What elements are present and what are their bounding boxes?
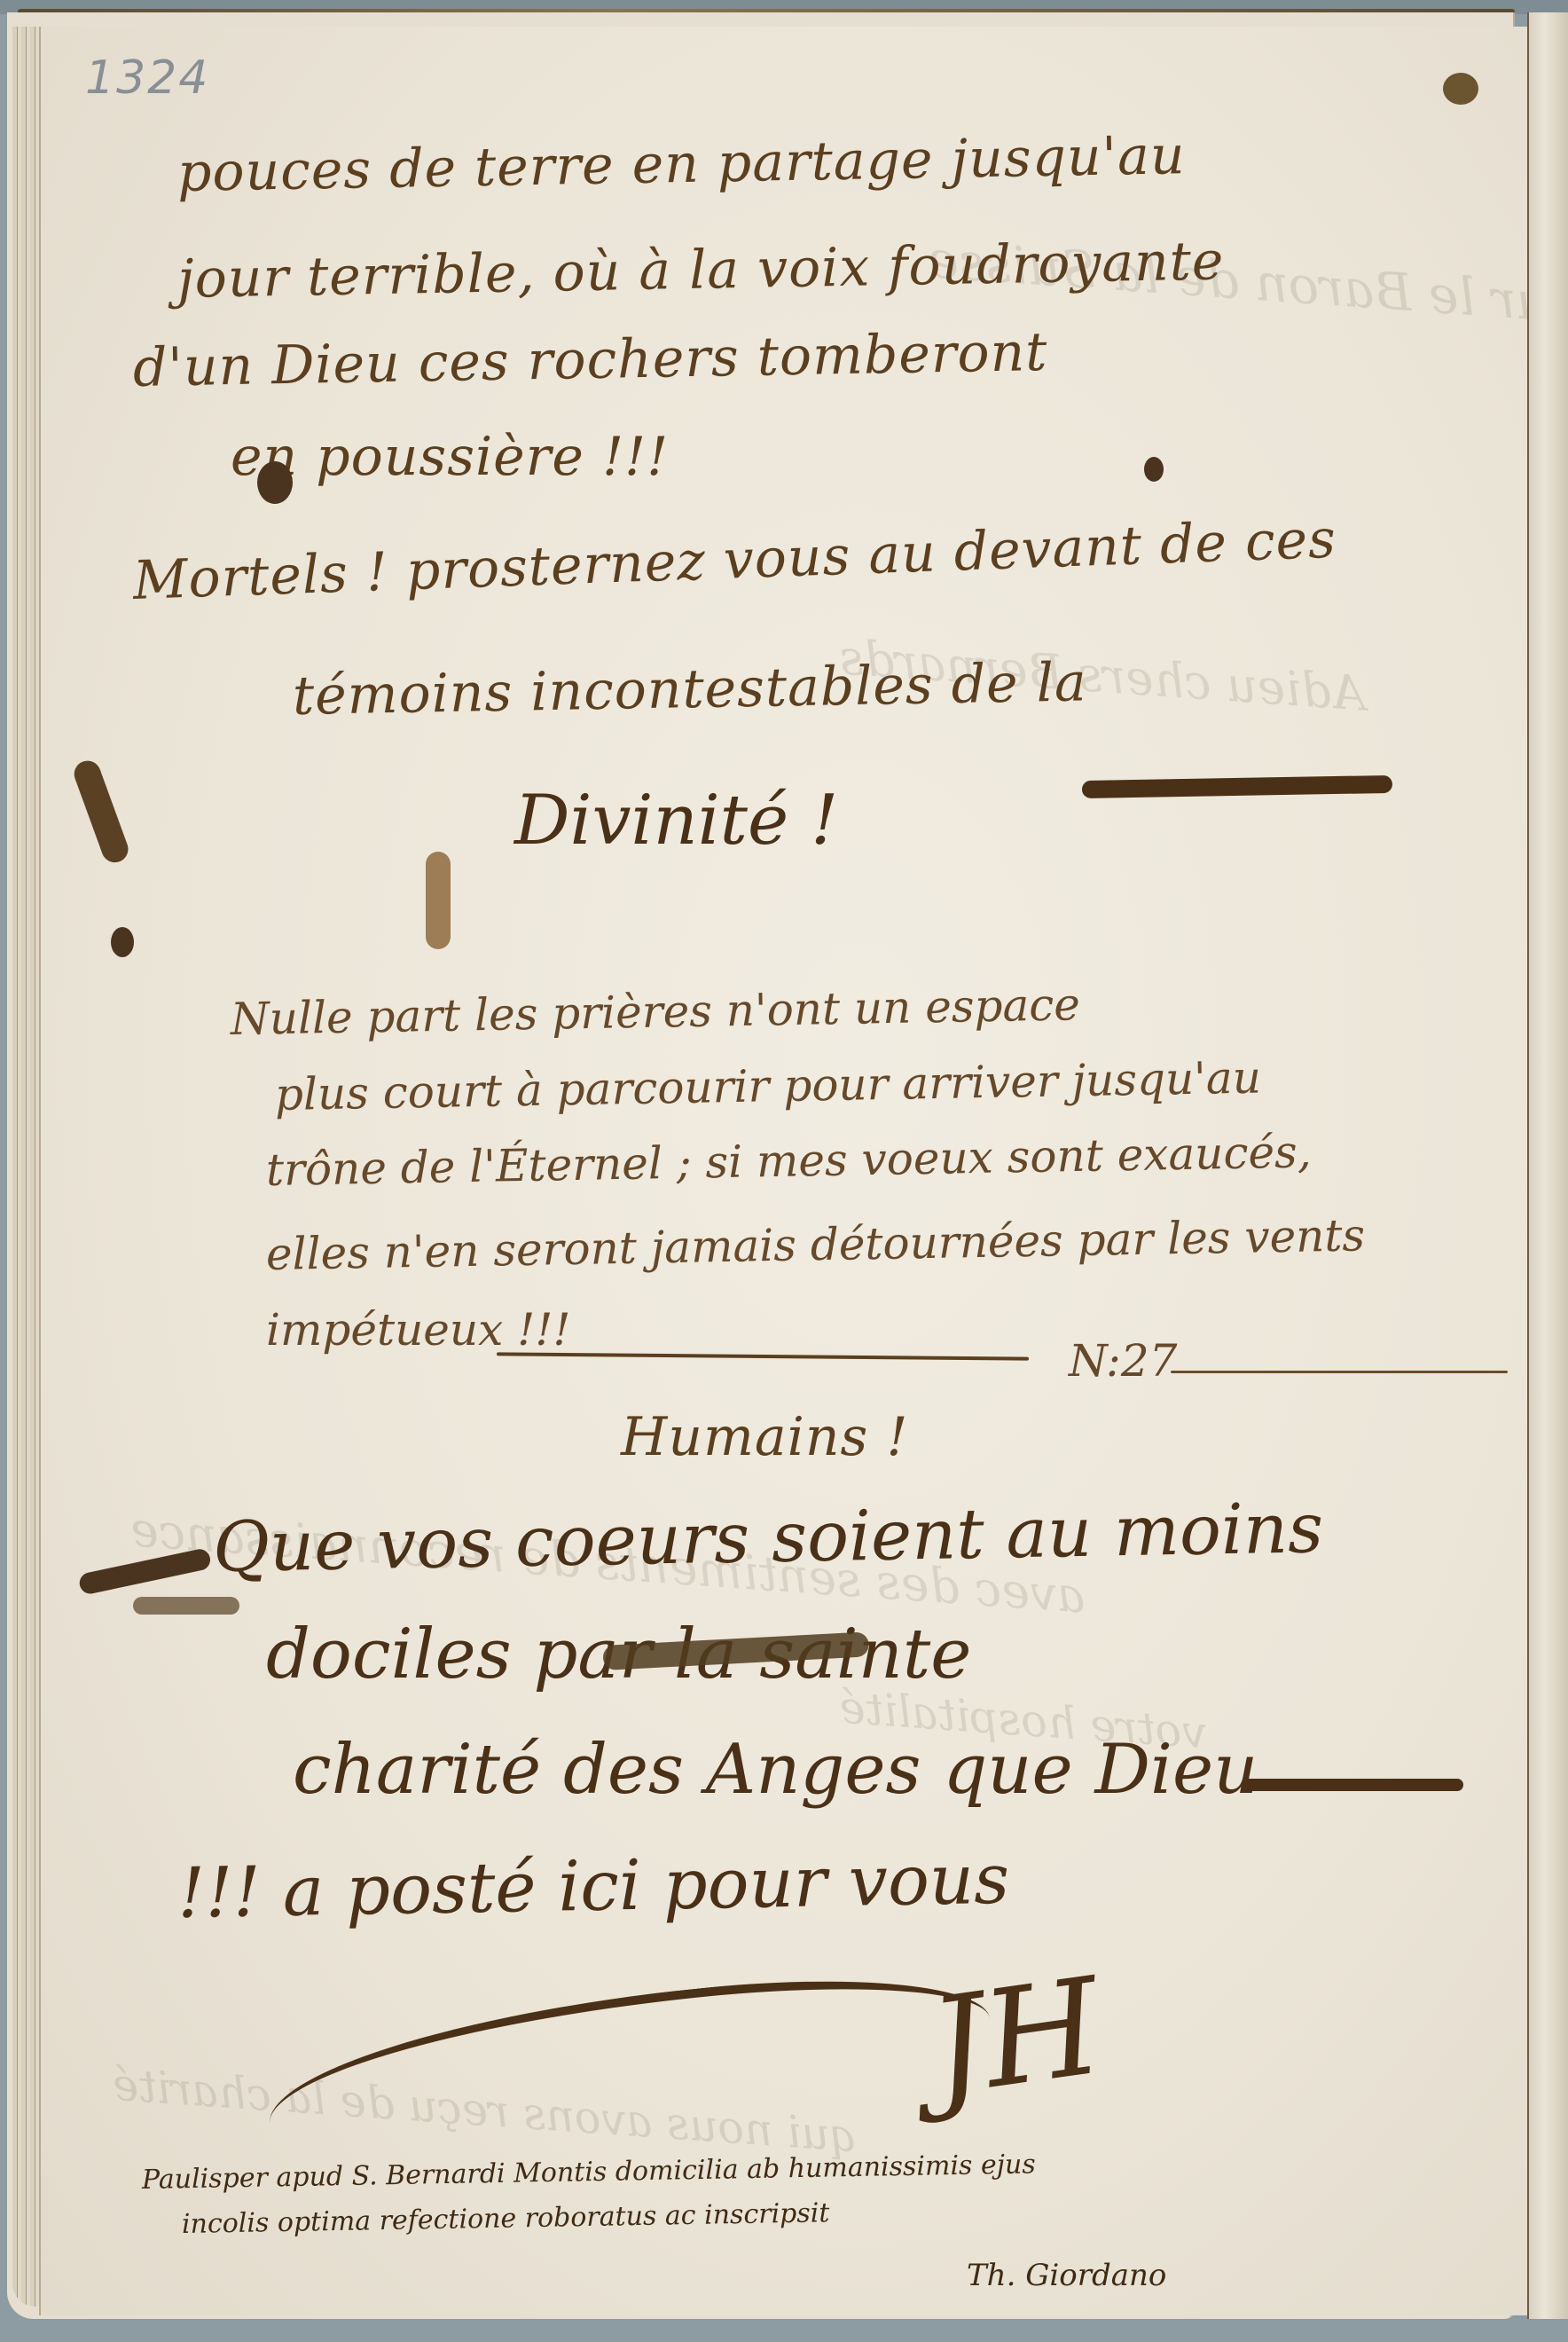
ink-blot: [1443, 73, 1478, 105]
latin-note-signature: Th. Giordano: [967, 2258, 1166, 2293]
page-number-pencil: 1324: [85, 51, 209, 105]
ink-blot: [111, 927, 134, 957]
separator-stroke: [1171, 1371, 1508, 1373]
manuscript-line-humains: Humains !: [621, 1406, 908, 1468]
manuscript-line-7-divinite: Divinité !: [514, 781, 838, 861]
ink-blot: [1144, 457, 1164, 482]
ink-smear: [133, 1597, 239, 1615]
manuscript-line-4: en poussière !!!: [231, 426, 669, 488]
manuscript-line-17: !!! a posté ici pour vous: [176, 1840, 1010, 1934]
ink-drip: [426, 852, 451, 949]
book-fore-edge: [1527, 12, 1568, 2319]
manuscript-line-12: impétueux !!!: [266, 1304, 570, 1356]
ink-strike: [1242, 1779, 1463, 1791]
entry-number-annotation: N:27: [1069, 1335, 1177, 1387]
ink-blot: [257, 461, 293, 504]
manuscript-line-16: charité des Anges que Dieu: [293, 1730, 1258, 1810]
